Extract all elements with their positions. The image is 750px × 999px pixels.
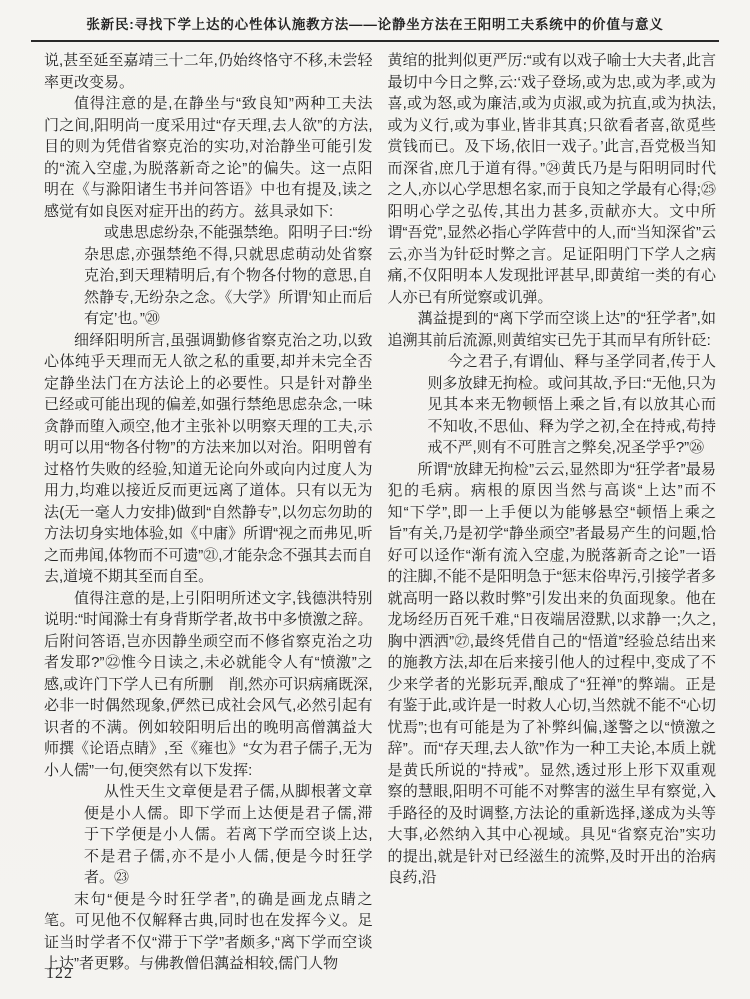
- paragraph: 所谓“放肆无拘检”云云,显然即为“狂学者”最易犯的毛病。病根的原因当然与高谈“上…: [388, 459, 717, 889]
- paragraph: 细绎阳明所言,虽强调勤修省察克治之功,以致心体纯乎天理而无人欲之私的重要,却并未…: [44, 330, 373, 588]
- paragraph: 值得注意的是,在静坐与“致良知”两种工夫法门之间,阳明尚一度采用过“存天理,去人…: [44, 93, 373, 222]
- block-quote: 从性天生文章便是君子儒,从脚根著文章便是小人儒。即下学而上达便是君子儒,滞于下学…: [84, 781, 373, 889]
- text-columns: 说,甚至延至嘉靖三十二年,仍始终恪守不移,未尝轻率更改变易。值得注意的是,在静坐…: [0, 42, 750, 975]
- paragraph: 蕅益提到的“离下学而空谈上达”的“狂学者”,如追溯其前后流源,则黄绾实已先于其而…: [388, 308, 717, 351]
- paragraph: 末句“便是今时狂学者”,的确是画龙点睛之笔。可见他不仅解释古典,同时也在发挥今义…: [44, 889, 373, 975]
- left-column: 说,甚至延至嘉靖三十二年,仍始终恪守不移,未尝轻率更改变易。值得注意的是,在静坐…: [44, 50, 373, 975]
- paper-page: 张新民:寻找下学上达的心性体认施教方法——论静坐方法在王阳明工夫系统中的价值与意…: [0, 0, 750, 999]
- block-quote: 或患思虑纷杂,不能强禁绝。阳明子曰:“纷杂思虑,亦强禁绝不得,只就思虑萌动处省察…: [84, 222, 373, 330]
- block-quote: 今之君子,有谓仙、释与圣学同者,传于人则多放肆无拘检。或问其故,予曰:“无他,只…: [428, 351, 717, 459]
- right-column: 黄绾的批判似更严厉:“或有以戏子喻士大夫者,此言最切中今日之弊,云:‘戏子登场,…: [388, 50, 717, 975]
- paragraph: 黄绾的批判似更严厉:“或有以戏子喻士大夫者,此言最切中今日之弊,云:‘戏子登场,…: [388, 50, 717, 308]
- paragraph: 值得注意的是,上引阳明所述文字,钱德洪特别说明:“时闻滁士有身背斯学者,故书中多…: [44, 588, 373, 782]
- page-number: 122: [46, 965, 73, 983]
- running-header: 张新民:寻找下学上达的心性体认施教方法——论静坐方法在王阳明工夫系统中的价值与意…: [0, 0, 750, 33]
- paragraph: 说,甚至延至嘉靖三十二年,仍始终恪守不移,未尝轻率更改变易。: [44, 50, 373, 93]
